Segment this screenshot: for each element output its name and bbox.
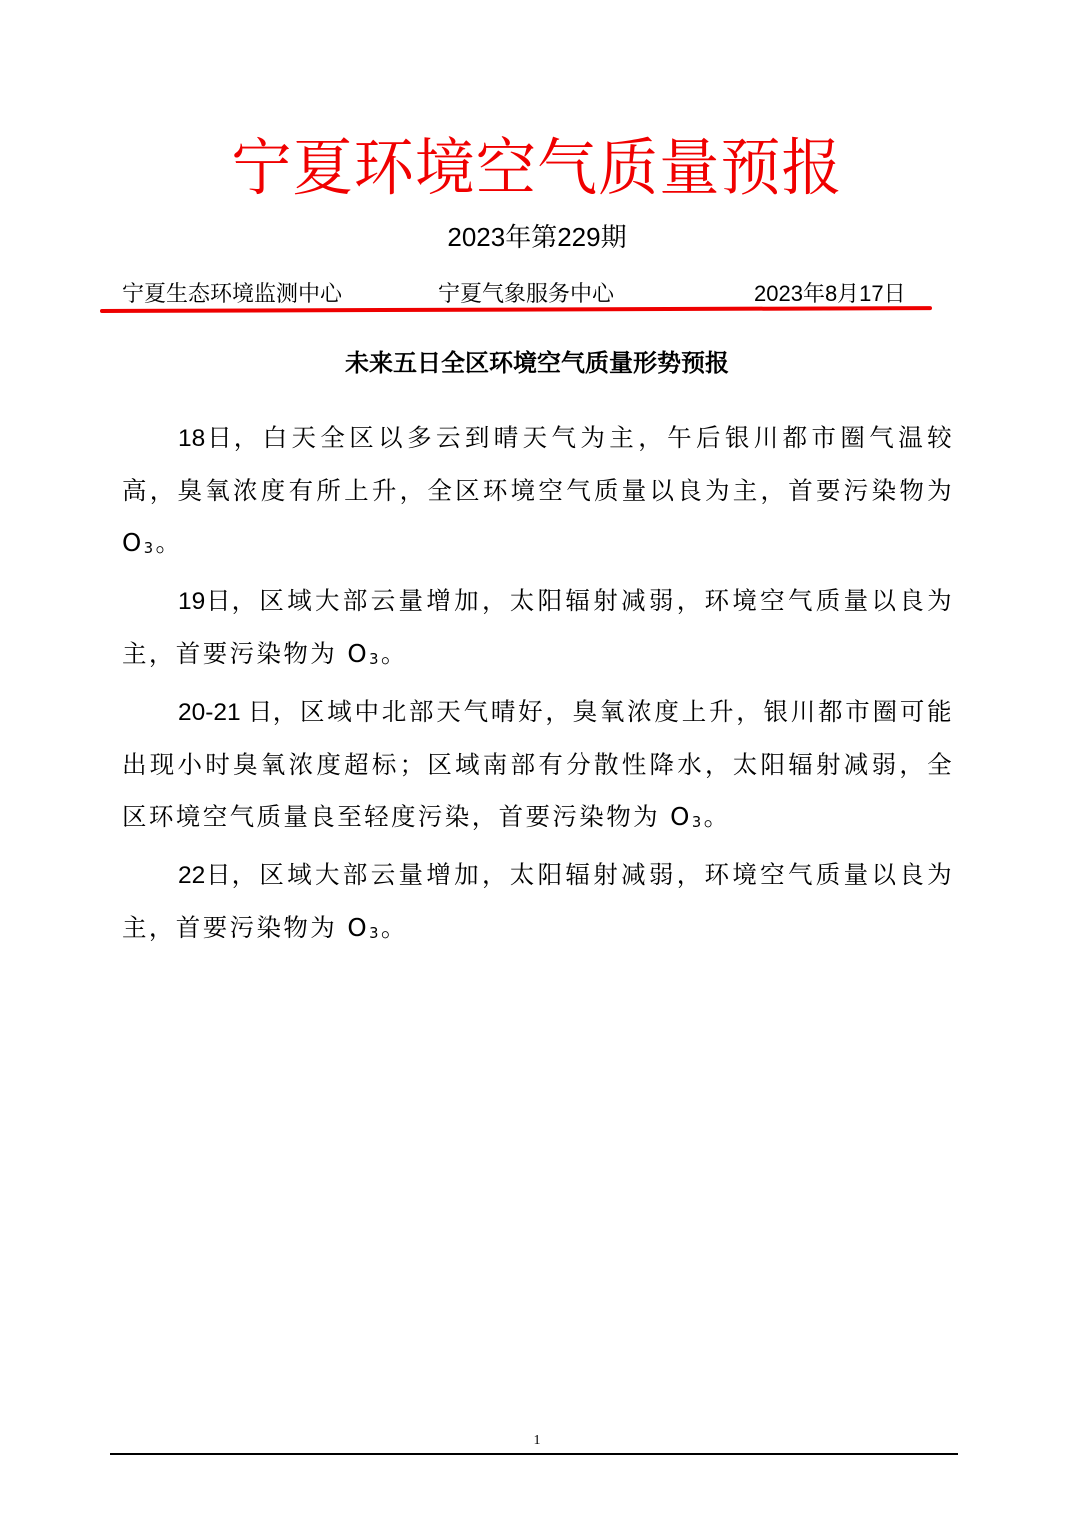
- subscript: 3: [144, 540, 156, 557]
- section-heading: 未来五日全区环境空气质量形势预报: [0, 346, 1074, 382]
- paragraph-end: 。: [155, 528, 182, 557]
- subscript: 3: [369, 925, 381, 942]
- paragraph-end: 。: [381, 639, 408, 668]
- forecast-day: 18日: [178, 425, 234, 452]
- forecast-text: ，区域大部云量增加，太阳辐射减弱，环境空气质量以良为主，首要污染物为 O: [122, 586, 954, 668]
- document-title: 宁夏环境空气质量预报: [16, 128, 1058, 208]
- forecast-text: ，区域大部云量增加，太阳辐射减弱，环境空气质量以良为主，首要污染物为 O: [122, 860, 954, 942]
- issue-date: 2023年8月17日: [754, 278, 906, 310]
- forecast-day: 20-21 日: [178, 699, 273, 726]
- page-number: 1: [0, 1432, 1074, 1450]
- paragraph-end: 。: [381, 913, 408, 942]
- forecast-body: 18日，白天全区以多云到晴天气为主，午后银川都市圈气温较高，臭氧浓度有所上升，全…: [122, 412, 954, 960]
- issue-number: 2023年第229期: [0, 220, 1074, 254]
- forecast-paragraph-19: 19日，区域大部云量增加，太阳辐射减弱，环境空气质量以良为主，首要污染物为 O3…: [122, 575, 954, 680]
- forecast-day: 22日: [178, 862, 232, 889]
- issuing-org-monitoring-center: 宁夏生态环境监测中心: [122, 278, 342, 310]
- paragraph-end: 。: [704, 802, 731, 831]
- forecast-paragraph-22: 22日，区域大部云量增加，太阳辐射减弱，环境空气质量以良为主，首要污染物为 O3…: [122, 849, 954, 954]
- issuing-org-weather-service: 宁夏气象服务中心: [438, 278, 614, 310]
- forecast-day: 19日: [178, 588, 232, 615]
- forecast-paragraph-20-21: 20-21 日，区域中北部天气晴好，臭氧浓度上升，银川都市圈可能出现小时臭氧浓度…: [122, 686, 954, 843]
- footer-divider: [110, 1453, 958, 1455]
- forecast-text: ，白天全区以多云到晴天气为主，午后银川都市圈气温较高，臭氧浓度有所上升，全区环境…: [122, 423, 954, 557]
- forecast-paragraph-18: 18日，白天全区以多云到晴天气为主，午后银川都市圈气温较高，臭氧浓度有所上升，全…: [122, 412, 954, 569]
- subscript: 3: [692, 814, 704, 831]
- subscript: 3: [369, 651, 381, 668]
